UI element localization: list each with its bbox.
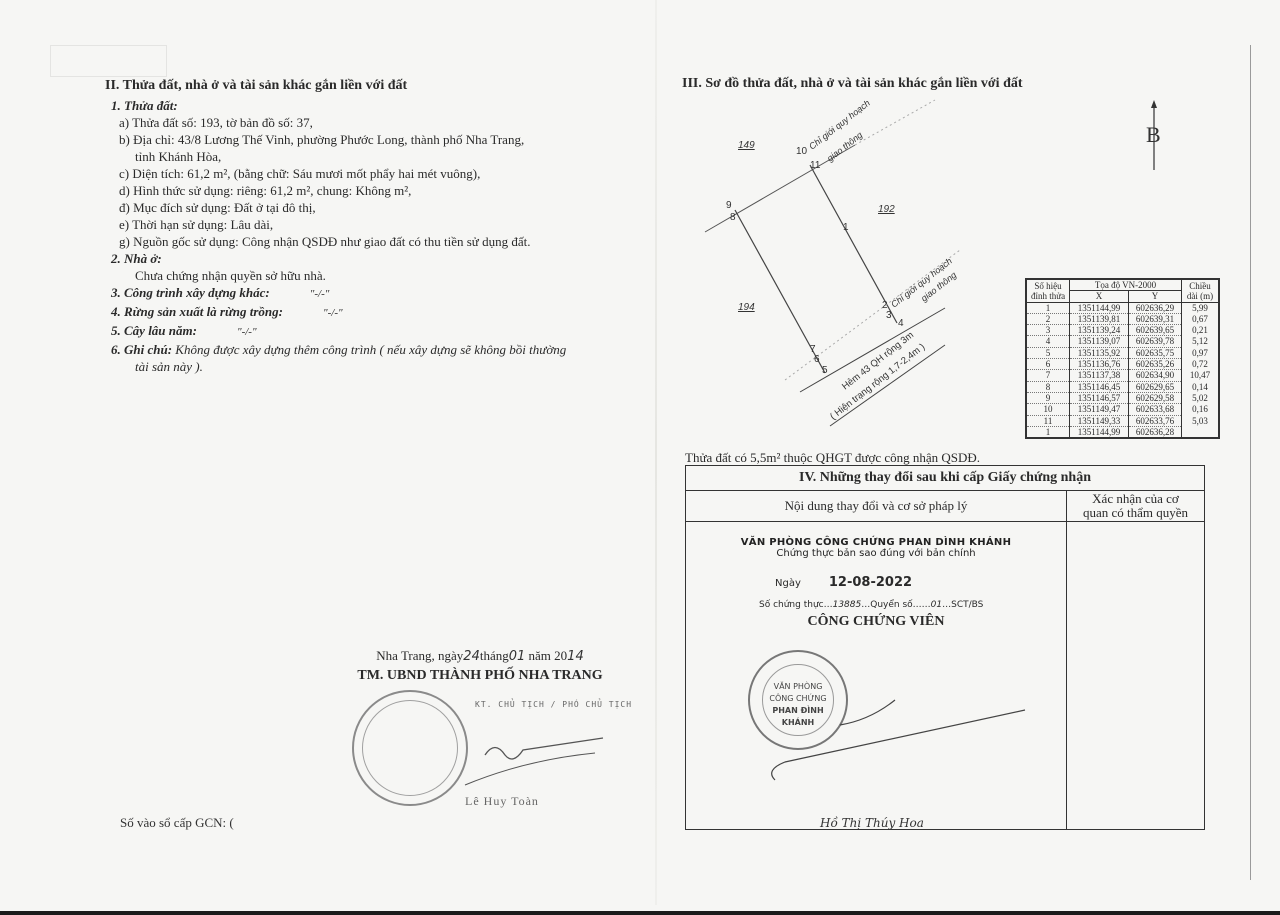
other-construction-value: "-/-"	[310, 286, 330, 303]
page-border-line	[1250, 45, 1251, 880]
gcn-registry-label: Số vào sổ cấp GCN: (	[120, 815, 234, 831]
parcel-heading: 1. Thửa đất:	[105, 97, 635, 114]
coord-cell-len: 0,67	[1182, 313, 1220, 324]
coord-cell-v: 2	[1026, 313, 1070, 324]
parcel-item-b: b) Địa chỉ: 43/8 Lương Thế Vinh, phường …	[105, 131, 635, 148]
coord-cell-v: 9	[1026, 392, 1070, 403]
coord-cell-y: 602636,28	[1129, 426, 1182, 438]
parcel-item-dd: đ) Mục đích sử dụng: Đất ở tại đô thị,	[105, 199, 635, 216]
notary-number-label: Số chứng thực	[759, 600, 824, 610]
forest-value: "-/-"	[323, 305, 343, 322]
coord-cell-v: 8	[1026, 381, 1070, 392]
coord-row: 111351149,33602633,765,03	[1026, 415, 1219, 426]
coord-cell-x: 1351137,38	[1070, 370, 1129, 381]
issue-date: Nha Trang, ngày24tháng01 năm 2014	[345, 648, 615, 664]
parcel-note: Thửa đất có 5,5m² thuộc QHGT được công n…	[685, 450, 980, 466]
neighbor-194: 194	[738, 302, 755, 313]
page-fold	[655, 0, 657, 905]
issuer-signer-name: Lê Huy Toàn	[465, 794, 539, 809]
svg-text:4: 4	[898, 318, 904, 329]
svg-text:5: 5	[822, 365, 828, 376]
parcel-diagram: 149 192 194 1011 98 1 234 765 Chỉ giới q…	[690, 90, 1010, 440]
coord-cell-len: 5,02	[1182, 392, 1220, 403]
col-y: Y	[1129, 291, 1182, 302]
note-text: Không được xây dựng thêm công trình ( nế…	[172, 342, 566, 357]
coord-row: 41351139,07602639,785,12	[1026, 336, 1219, 347]
coord-cell-y: 602634,90	[1129, 370, 1182, 381]
coord-cell-len: 5,03	[1182, 415, 1220, 426]
coord-cell-v: 5	[1026, 347, 1070, 358]
coord-cell-len: 0,21	[1182, 325, 1220, 336]
changes-col-content: Nội dung thay đổi và cơ sở pháp lý	[686, 491, 1067, 522]
north-arrow: B	[1146, 100, 1166, 170]
coord-cell-y: 602639,65	[1129, 325, 1182, 336]
svg-text:1: 1	[843, 222, 849, 233]
coord-cell-y: 602636,29	[1129, 302, 1182, 313]
notary-title: CÔNG CHỨNG VIÊN	[687, 614, 1065, 630]
col-length: Chiều dài (m)	[1182, 279, 1220, 302]
coord-cell-x: 1351146,57	[1070, 392, 1129, 403]
other-construction-label: 3. Công trình xây dựng khác:	[111, 285, 270, 300]
coord-cell-v: 4	[1026, 336, 1070, 347]
svg-text:6: 6	[814, 354, 820, 365]
coord-cell-v: 3	[1026, 325, 1070, 336]
coord-row: 61351136,76602635,260,72	[1026, 359, 1219, 370]
coord-cell-v: 7	[1026, 370, 1070, 381]
coord-cell-y: 602629,65	[1129, 381, 1182, 392]
notary-book-value: 01	[931, 600, 942, 610]
house-heading: 2. Nhà ở:	[105, 250, 635, 267]
notary-book-suffix: SCT/BS	[951, 600, 983, 610]
coord-cell-v: 11	[1026, 415, 1070, 426]
coord-cell-x: 1351149,47	[1070, 404, 1129, 415]
coord-cell-y: 602633,76	[1129, 415, 1182, 426]
coord-cell-y: 602633,68	[1129, 404, 1182, 415]
parcel-item-g: g) Nguồn gốc sử dụng: Công nhận QSDĐ như…	[105, 233, 635, 250]
coord-cell-x: 1351139,07	[1070, 336, 1129, 347]
section-ii-title: II. Thửa đất, nhà ở và tài sản khác gắn …	[105, 78, 635, 94]
coord-row: 11351144,99602636,28	[1026, 426, 1219, 438]
coord-cell-len: 0,72	[1182, 359, 1220, 370]
neighbor-192: 192	[878, 204, 895, 215]
coord-cell-x: 1351135,92	[1070, 347, 1129, 358]
coord-cell-len: 10,47	[1182, 370, 1220, 381]
coord-row: 71351137,38602634,9010,47	[1026, 370, 1219, 381]
svg-text:3: 3	[886, 310, 892, 321]
house-text: Chưa chứng nhận quyền sở hữu nhà.	[105, 267, 635, 284]
notary-office: VĂN PHÒNG CÔNG CHỨNG PHAN DÌNH KHÁNH	[687, 537, 1065, 548]
coord-row: 91351146,57602629,585,02	[1026, 392, 1219, 403]
city-seal-icon	[352, 690, 468, 806]
date-month-label: tháng	[480, 648, 509, 663]
coord-row: 81351146,45602629,650,14	[1026, 381, 1219, 392]
col-confirm-line1: Xác nhận của cơ	[1092, 491, 1179, 506]
notary-date-label: Ngày	[775, 578, 801, 589]
coord-cell-v: 1	[1026, 302, 1070, 313]
coord-cell-len: 0,16	[1182, 404, 1220, 415]
note-line-1: 6. Ghi chú: Không được xây dựng thêm côn…	[105, 341, 635, 358]
authority-confirmation-cell	[1067, 522, 1205, 830]
coord-cell-len: 0,97	[1182, 347, 1220, 358]
date-month: 01	[509, 649, 526, 664]
coord-cell-x: 1351136,76	[1070, 359, 1129, 370]
col-vertex: Số hiệu đỉnh thửa	[1026, 279, 1070, 302]
parcel-item-c: c) Diện tích: 61,2 m², (bằng chữ: Sáu mư…	[105, 165, 635, 182]
notary-signature-icon	[755, 690, 1055, 790]
notary-certify-text: Chứng thực bản sao đúng với bản chính	[687, 548, 1065, 559]
svg-text:10: 10	[796, 146, 808, 157]
coord-row: 21351139,81602639,310,67	[1026, 313, 1219, 324]
svg-text:9: 9	[726, 200, 732, 211]
notary-date: Ngày12-08-2022	[687, 575, 1065, 590]
issuer-org: TM. UBND THÀNH PHỐ NHA TRANG	[345, 668, 615, 684]
signature-icon	[455, 715, 605, 795]
parcel-item-a: a) Thửa đất số: 193, tờ bản đồ số: 37,	[105, 114, 635, 131]
notary-number-value: 13885	[833, 600, 862, 610]
section-land-info: II. Thửa đất, nhà ở và tài sản khác gắn …	[105, 78, 635, 375]
coord-cell-v: 10	[1026, 404, 1070, 415]
note-line-2: tài sản này ).	[105, 358, 635, 375]
date-year: 14	[567, 649, 584, 664]
forest-label: 4. Rừng sản xuất là rừng trồng:	[111, 304, 283, 319]
svg-text:11: 11	[810, 160, 821, 171]
notary-signer-name: Hồ Thị Thúy Hoa	[820, 816, 924, 830]
faint-stamp-box	[50, 45, 167, 77]
col-x: X	[1070, 291, 1129, 302]
coord-cell-x: 1351139,24	[1070, 325, 1129, 336]
notary-number: Số chứng thực…13885…Quyển số……01…SCT/BS	[687, 600, 1065, 610]
coord-cell-len: 0,14	[1182, 381, 1220, 392]
date-prefix: Nha Trang, ngày	[376, 648, 463, 663]
coord-cell-x: 1351146,45	[1070, 381, 1129, 392]
coord-cell-len: 5,12	[1182, 336, 1220, 347]
coord-cell-y: 602639,31	[1129, 313, 1182, 324]
parcel-item-d: d) Hình thức sử dụng: riêng: 61,2 m², ch…	[105, 182, 635, 199]
parcel-item-b-cont: tỉnh Khánh Hòa,	[105, 148, 635, 165]
coord-row: 101351149,47602633,680,16	[1026, 404, 1219, 415]
date-day: 24	[463, 649, 480, 664]
page-bottom-edge	[0, 911, 1280, 915]
coord-cell-v: 1	[1026, 426, 1070, 438]
coord-cell-v: 6	[1026, 359, 1070, 370]
coordinate-table: Số hiệu đỉnh thửa Tọa độ VN-2000 Chiều d…	[1025, 278, 1220, 439]
coord-cell-x: 1351139,81	[1070, 313, 1129, 324]
notary-book-label: Quyển số	[870, 600, 912, 610]
perennial: 5. Cây lâu năm:"-/-"	[105, 322, 635, 341]
coord-cell-len: 5,99	[1182, 302, 1220, 313]
coord-cell-y: 602635,75	[1129, 347, 1182, 358]
coord-cell-x: 1351149,33	[1070, 415, 1129, 426]
coord-row: 11351144,99602636,295,99	[1026, 302, 1219, 313]
forest: 4. Rừng sản xuất là rừng trồng:"-/-"	[105, 303, 635, 322]
neighbor-149: 149	[738, 140, 755, 151]
signer-title: KT. CHỦ TỊCH / PHÓ CHỦ TỊCH	[475, 700, 632, 709]
perennial-value: "-/-"	[237, 324, 257, 341]
coord-row: 51351135,92602635,750,97	[1026, 347, 1219, 358]
north-label: B	[1146, 122, 1161, 148]
date-year-label: năm 20	[529, 648, 568, 663]
changes-title: IV. Những thay đổi sau khi cấp Giấy chứn…	[686, 466, 1205, 491]
changes-col-confirm: Xác nhận của cơquan có thẩm quyền	[1067, 491, 1205, 522]
coord-row: 31351139,24602639,650,21	[1026, 325, 1219, 336]
issuer-signature-block: Nha Trang, ngày24tháng01 năm 2014 TM. UB…	[345, 648, 615, 684]
coord-cell-y: 602639,78	[1129, 336, 1182, 347]
col-coord: Tọa độ VN-2000	[1070, 279, 1182, 291]
col-confirm-line2: quan có thẩm quyền	[1083, 505, 1188, 520]
parcel-item-e: e) Thời hạn sử dụng: Lâu dài,	[105, 216, 635, 233]
coord-cell-y: 602635,26	[1129, 359, 1182, 370]
svg-text:8: 8	[730, 212, 736, 223]
coord-cell-x: 1351144,99	[1070, 302, 1129, 313]
perennial-label: 5. Cây lâu năm:	[111, 323, 197, 338]
coord-cell-len	[1182, 426, 1220, 438]
notary-date-value: 12-08-2022	[829, 575, 912, 590]
coord-cell-x: 1351144,99	[1070, 426, 1129, 438]
coord-cell-y: 602629,58	[1129, 392, 1182, 403]
other-construction: 3. Công trình xây dựng khác:"-/-"	[105, 284, 635, 303]
